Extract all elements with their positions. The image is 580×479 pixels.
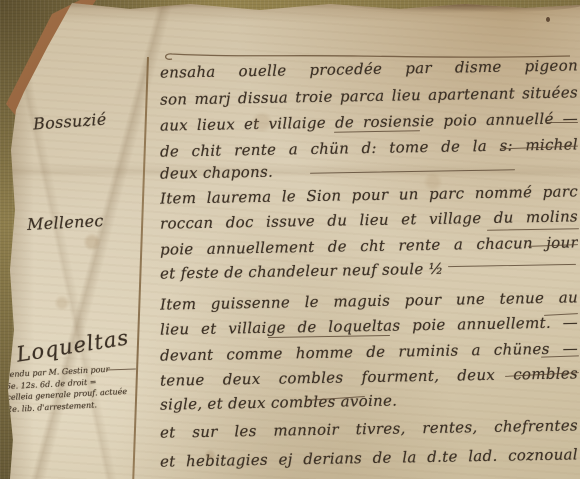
margin-note-details: vendu par M. Gestin pour 6e. 12s. 6d. de… xyxy=(5,363,128,415)
ink-filler-dash xyxy=(528,244,578,247)
ink-filler-dash xyxy=(448,264,576,268)
parchment-page: Bossuzié Mellenec Loqueltas vendu par M.… xyxy=(0,0,580,479)
ink-filler-dash xyxy=(544,313,578,316)
text-line: et feste de chandeleur neuf soule ½ xyxy=(160,257,578,282)
margin-note-mellenec: Mellenec xyxy=(27,211,105,234)
text-line: son marj dissua troie parca lieu aparten… xyxy=(160,83,578,110)
ink-speck xyxy=(546,17,550,22)
ink-underline xyxy=(334,130,420,133)
text-line: ensaha ouelle procedée par disme pigeon … xyxy=(160,56,578,83)
ink-underline xyxy=(487,228,579,231)
text-line: devant comme homme de ruminis a chünes — xyxy=(160,339,578,366)
margin-note-detail-line: 6e. 12s. 6d. de droit = xyxy=(5,374,126,392)
ink-flourish xyxy=(310,169,515,174)
margin-note-loqueltas: Loqueltas xyxy=(15,325,131,366)
ink-filler-dash xyxy=(541,355,579,358)
text-line: et hebitagies ej derians de la d.te lad.… xyxy=(160,445,578,472)
text-line: et sur les mannoir tivres, rentes, chefr… xyxy=(160,416,578,443)
ink-underline xyxy=(268,335,390,339)
ink-flourish xyxy=(305,396,365,402)
ink-filler-dash xyxy=(500,146,578,150)
text-line: deux chapons. xyxy=(160,157,578,182)
text-line: lieu et villaige de loqueltas poie annue… xyxy=(160,313,578,340)
margin-rule-line xyxy=(132,57,148,479)
margin-note-bossuzie: Bossuzié xyxy=(32,109,107,133)
text-line: poie annuellement de cht rente a chacun … xyxy=(160,233,578,260)
ink-filler-dash xyxy=(106,368,136,370)
text-line: de chit rente a chün d: tome de la s: mi… xyxy=(160,135,578,162)
ink-filler-dash xyxy=(505,372,579,377)
manuscript-photo: Bossuzié Mellenec Loqueltas vendu par M.… xyxy=(0,0,580,479)
margin-note-detail-line: 2e. lib. d'arrestement. xyxy=(7,397,128,415)
margin-note-detail-line: vendu par M. Gestin pour xyxy=(5,363,126,381)
text-line: aux lieux et villaige de rosiensie poio … xyxy=(160,109,578,136)
text-line: Item guissenne le maguis pour une tenue … xyxy=(160,288,578,315)
text-line: roccan doc issuve du lieu et village du … xyxy=(160,207,578,234)
ink-filler-dash xyxy=(546,122,578,123)
text-line: tenue deux combles fourment, deux comble… xyxy=(160,364,578,391)
margin-note-detail-line: celleia generale prouf. actuée xyxy=(6,386,127,404)
text-line: sigle, et deux combles avoine. xyxy=(160,388,578,413)
header-rule-line xyxy=(158,48,578,66)
text-line: Item laurema le Sion pour un parc nommé … xyxy=(160,182,578,209)
